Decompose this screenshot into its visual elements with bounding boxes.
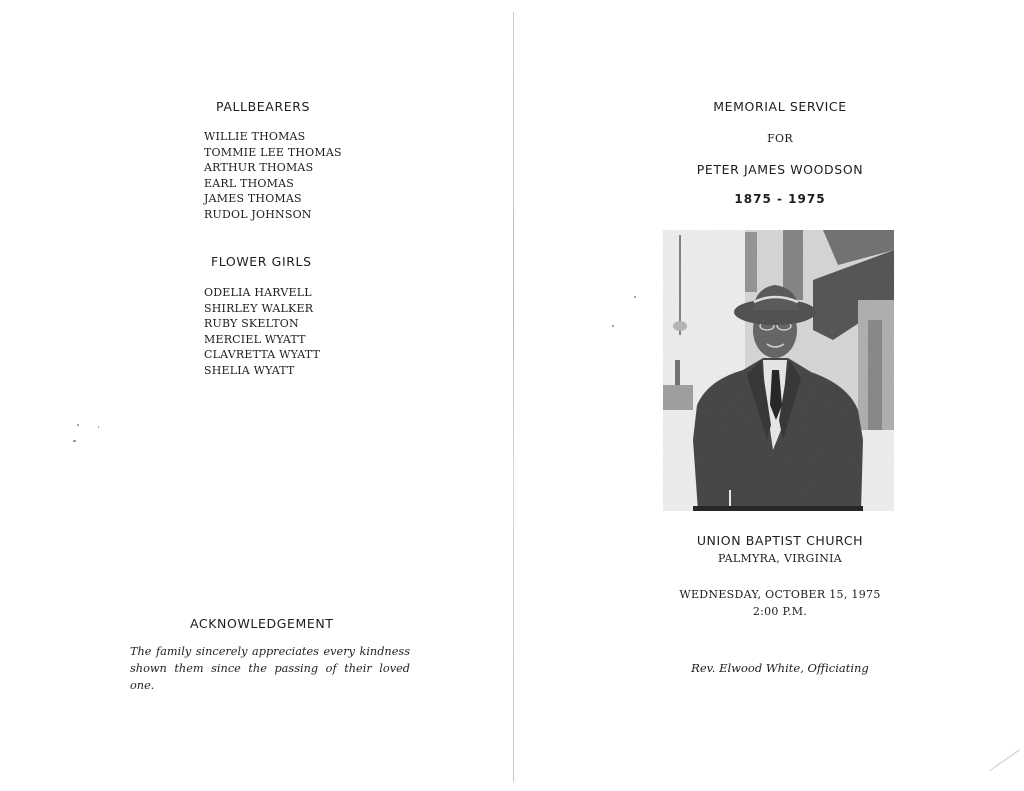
memorial-service-title: MEMORIAL SERVICE: [524, 99, 1024, 114]
pallbearer-name: ARTHUR THOMAS: [204, 160, 342, 176]
pallbearer-name: JAMES THOMAS: [204, 191, 342, 207]
pallbearers-list: WILLIE THOMAS TOMMIE LEE THOMAS ARTHUR T…: [204, 129, 342, 222]
deceased-name: PETER JAMES WOODSON: [524, 162, 1024, 177]
acknowledgement-line-1: The family sincerely appreciates every k…: [130, 643, 410, 660]
officiant: Rev. Elwood White, Officiating: [524, 661, 1024, 675]
church-name: UNION BAPTIST CHURCH: [524, 533, 1024, 548]
church-location: PALMYRA, VIRGINIA: [524, 552, 1024, 565]
portrait-photo: [663, 230, 894, 511]
paper-speck: [77, 424, 79, 426]
flower-girls-list: ODELIA HARVELL SHIRLEY WALKER RUBY SKELT…: [204, 285, 320, 378]
flower-girl-name: SHIRLEY WALKER: [204, 301, 320, 317]
for-label: FOR: [524, 132, 1024, 145]
portrait-illustration: [663, 230, 894, 511]
flower-girl-name: RUBY SKELTON: [204, 316, 320, 332]
acknowledgement-line-2: shown them since the passing of their lo…: [130, 660, 410, 694]
flower-girl-name: CLAVRETTA WYATT: [204, 347, 320, 363]
service-time: 2:00 P.M.: [524, 605, 1024, 618]
paper-speck: [634, 296, 636, 298]
flower-girl-name: ODELIA HARVELL: [204, 285, 320, 301]
paper-speck: [98, 426, 99, 428]
pallbearer-name: RUDOL JOHNSON: [204, 207, 342, 223]
life-years: 1875 - 1975: [524, 192, 1024, 206]
service-date: WEDNESDAY, OCTOBER 15, 1975: [524, 588, 1024, 601]
left-panel: PALLBEARERS WILLIE THOMAS TOMMIE LEE THO…: [0, 0, 512, 791]
pallbearer-name: WILLIE THOMAS: [204, 129, 342, 145]
paper-speck: [73, 440, 76, 442]
acknowledgement-heading: ACKNOWLEDGEMENT: [190, 616, 334, 631]
pallbearers-heading: PALLBEARERS: [216, 99, 310, 114]
flower-girl-name: SHELIA WYATT: [204, 363, 320, 379]
flower-girl-name: MERCIEL WYATT: [204, 332, 320, 348]
pallbearer-name: EARL THOMAS: [204, 176, 342, 192]
flower-girls-heading: FLOWER GIRLS: [211, 254, 312, 269]
paper-speck: [612, 325, 614, 327]
pallbearer-name: TOMMIE LEE THOMAS: [204, 145, 342, 161]
